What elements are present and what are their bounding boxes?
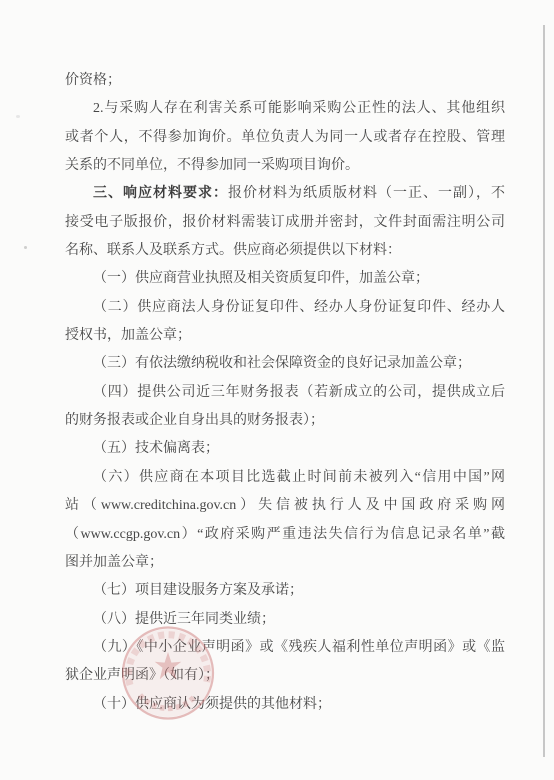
text-line: 图并加盖公章； [65,549,505,577]
line-text: 价资格； [65,73,121,88]
text-line: 2.与采购人存在利害关系可能影响采购公正性的法人、其他组织 [65,95,505,123]
line-text: 报价材料为纸质版材料（一正、一副），不 [228,186,505,201]
line-text: 站（www.creditchina.gov.cn）失信被执行人及中国政府采购网 [65,498,505,513]
line-text: 狱企业声明函》（如有）； [65,668,219,683]
text-line: 接受电子版报价，报价材料需装订成册并密封，文件封面需注明公司 [65,209,505,237]
document-text: 价资格；2.与采购人存在利害关系可能影响采购公正性的法人、其他组织或者个人，不得… [65,67,505,719]
text-line: （三）有依法缴纳税收和社会保障资金的良好记录加盖公章； [65,350,505,378]
line-text: （九）《中小企业声明函》或《残疾人福利性单位声明函》或《监 [93,640,505,655]
text-line: （九）《中小企业声明函》或《残疾人福利性单位声明函》或《监 [65,634,505,662]
bold-heading: 三、响应材料要求： [93,186,228,201]
text-line: 关系的不同单位，不得参加同一采购项目询价。 [65,152,505,180]
line-text: （七）项目建设服务方案及承诺； [93,583,303,598]
scanned-document-page: 价资格；2.与采购人存在利害关系可能影响采购公正性的法人、其他组织或者个人，不得… [0,0,554,780]
line-text: （三）有依法缴纳税收和社会保障资金的良好记录加盖公章； [93,356,471,371]
line-text: （八）提供近三年同类业绩； [93,612,275,627]
text-line: （www.ccgp.gov.cn）“政府采购严重违法失信行为信息记录名单”截 [65,521,505,549]
line-text: 接受电子版报价，报价材料需装订成册并密封，文件封面需注明公司 [65,215,505,230]
line-text: （四）提供公司近三年财务报表（若新成立的公司，提供成立后 [93,385,505,400]
line-text: 授权书，加盖公章； [65,328,191,343]
line-text: （www.ccgp.gov.cn）“政府采购严重违法失信行为信息记录名单”截 [65,527,505,542]
line-text: 的财务报表或企业自身出具的财务报表）； [65,413,324,428]
line-text: 或者个人，不得参加询价。单位负责人为同一人或者存在控股、管理 [65,130,505,145]
text-line: 或者个人，不得参加询价。单位负责人为同一人或者存在控股、管理 [65,124,505,152]
scan-speckle [24,246,27,249]
text-line: 价资格； [65,67,505,95]
text-line: （十）供应商认为须提供的其他材料； [65,691,505,719]
text-line: 三、响应材料要求：报价材料为纸质版材料（一正、一副），不 [65,180,505,208]
text-line: 名称、联系人及联系方式。供应商必须提供以下材料： [65,237,505,265]
text-line: 站（www.creditchina.gov.cn）失信被执行人及中国政府采购网 [65,492,505,520]
text-line: （一）供应商营业执照及相关资质复印件，加盖公章； [65,265,505,293]
text-line: （六）供应商在本项目比选截止时间前未被列入“信用中国”网 [65,464,505,492]
line-text: 名称、联系人及联系方式。供应商必须提供以下材料： [65,243,401,258]
line-text: （十）供应商认为须提供的其他材料； [93,697,331,712]
text-line: （四）提供公司近三年财务报表（若新成立的公司，提供成立后 [65,379,505,407]
scan-speckle [16,115,20,118]
line-text: （一）供应商营业执照及相关资质复印件，加盖公章； [93,271,429,286]
text-line: （七）项目建设服务方案及承诺； [65,577,505,605]
text-line: 授权书，加盖公章； [65,322,505,350]
line-text: 图并加盖公章； [65,555,163,570]
line-text: 关系的不同单位，不得参加同一采购项目询价。 [65,158,359,173]
line-text: （五）技术偏离表； [93,441,219,456]
text-line: 狱企业声明函》（如有）； [65,662,505,690]
text-line: （八）提供近三年同类业绩； [65,606,505,634]
line-text: 2.与采购人存在利害关系可能影响采购公正性的法人、其他组织 [93,101,505,116]
text-line: 的财务报表或企业自身出具的财务报表）； [65,407,505,435]
line-text: （二）供应商法人身份证复印件、经办人身份证复印件、经办人 [93,300,505,315]
line-text: （六）供应商在本项目比选截止时间前未被列入“信用中国”网 [93,470,505,485]
scan-edge-line [543,25,545,757]
text-line: （二）供应商法人身份证复印件、经办人身份证复印件、经办人 [65,294,505,322]
text-line: （五）技术偏离表； [65,435,505,463]
